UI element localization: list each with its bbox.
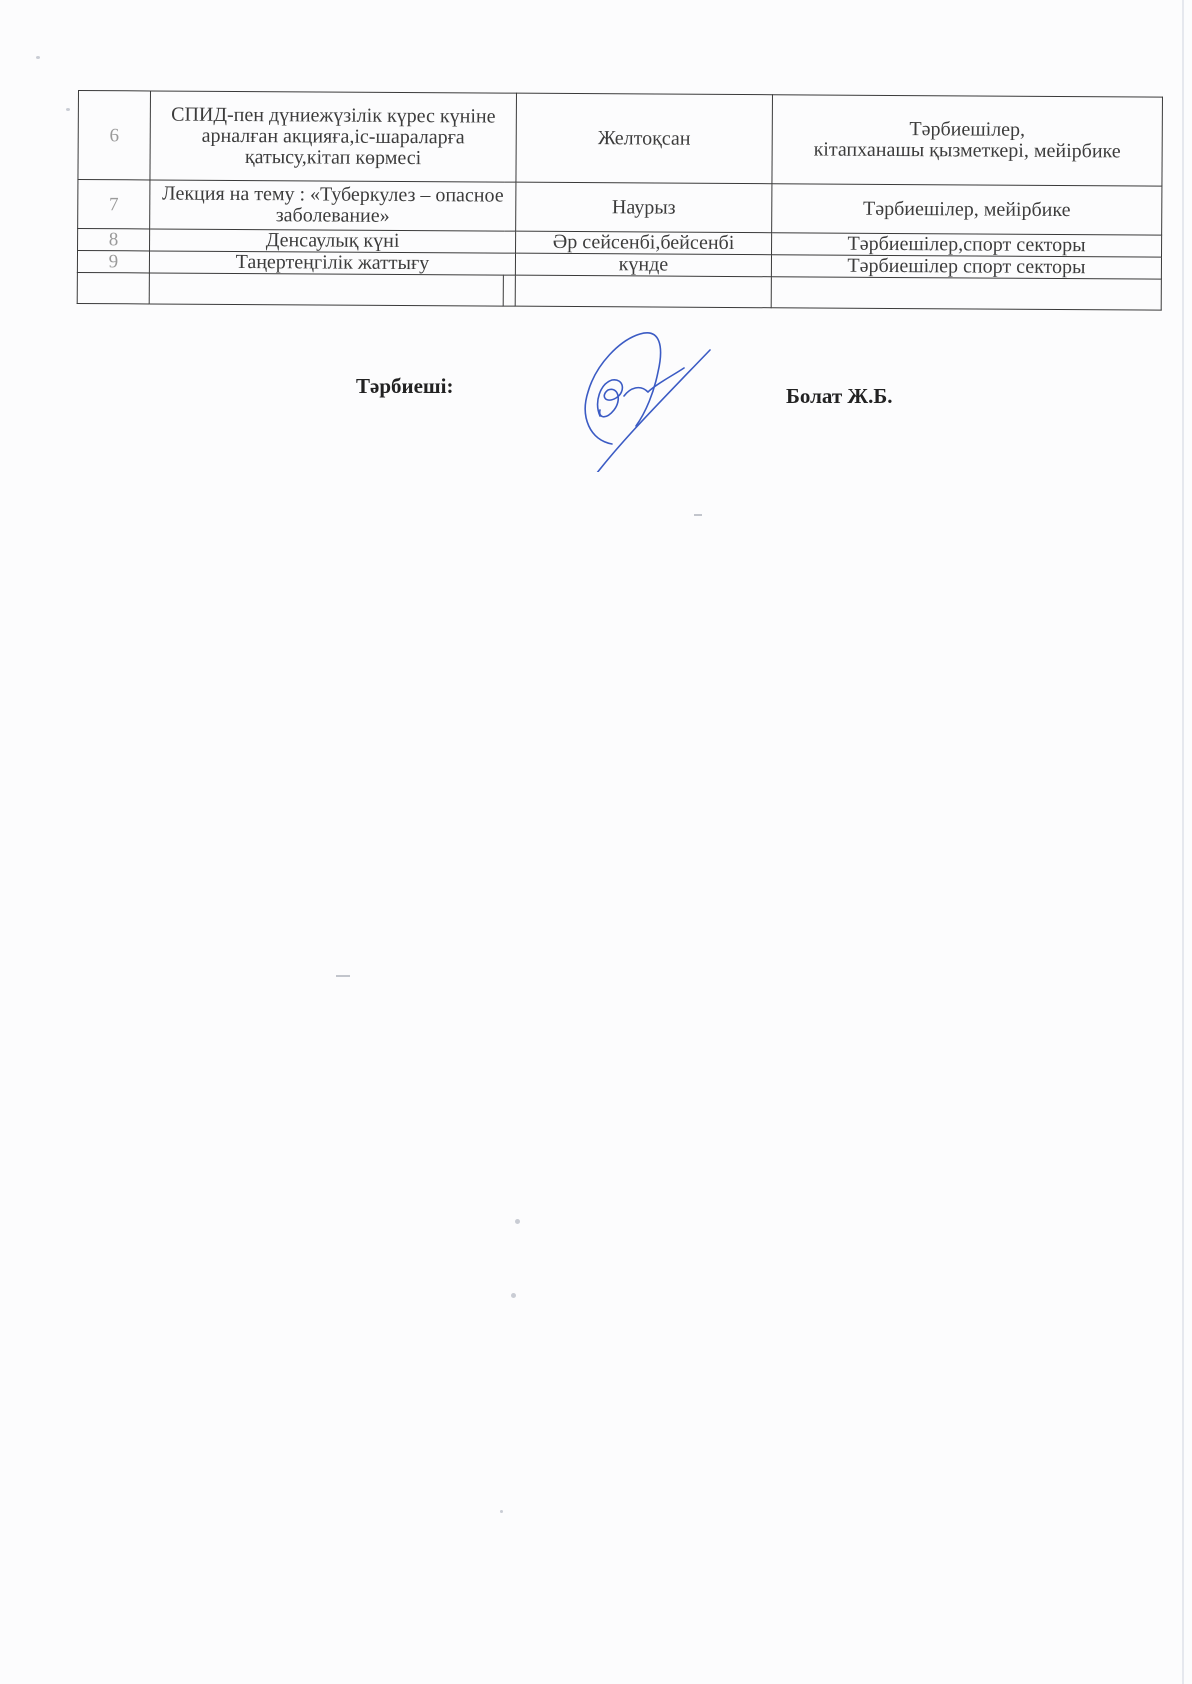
table-row: 6 СПИД-пен дүниежүзілік күрес күніне арн… (78, 91, 1163, 187)
signatory-name: Болат Ж.Б. (786, 384, 893, 409)
responsible-cell (771, 277, 1161, 310)
row-number: 9 (77, 251, 149, 273)
date-cell: күнде (515, 253, 771, 277)
scan-speck (36, 56, 40, 59)
responsible-cell: Тәрбиешілер, мейірбике (772, 184, 1162, 235)
plan-table: 6 СПИД-пен дүниежүзілік күрес күніне арн… (77, 90, 1163, 311)
row-number: 8 (78, 229, 150, 251)
scan-mark (694, 514, 702, 516)
date-cell: Әр сейсенбі,бейсенбі (516, 231, 772, 255)
page-edge (1182, 0, 1184, 1684)
table-row: 7 Лекция на тему : «Туберкулез – опасное… (78, 180, 1162, 236)
responsible-cell: Тәрбиешілер спорт секторы (771, 255, 1161, 279)
event-cell: СПИД-пен дүниежүзілік күрес күніне арнал… (150, 91, 517, 182)
scan-speck (511, 1293, 516, 1298)
event-cell: Денсаулық күні (150, 229, 516, 253)
event-cell: Таңертеңгілік жаттығу (149, 251, 515, 275)
row-number (77, 272, 149, 303)
date-cell (515, 275, 771, 308)
row-number: 6 (78, 91, 151, 180)
table-row (77, 272, 1161, 310)
responsible-cell: Тәрбиешілер, кітапханашы қызметкері, мей… (772, 95, 1163, 186)
scan-speck (66, 108, 70, 111)
event-cell: Лекция на тему : «Туберкулез – опасное з… (150, 180, 516, 231)
scan-speck (515, 1219, 520, 1224)
signature-label: Тәрбиеші: (356, 374, 453, 399)
scan-speck (500, 1510, 503, 1513)
responsible-cell: Тәрбиешілер,спорт секторы (772, 233, 1162, 257)
responsible-line: кітапханашы қызметкері, мейірбике (777, 139, 1158, 162)
scan-mark (336, 975, 350, 977)
event-cell (149, 273, 503, 306)
plan-table-container: 6 СПИД-пен дүниежүзілік күрес күніне арн… (77, 90, 1162, 311)
row-number: 7 (78, 180, 150, 229)
handwritten-signature-icon (560, 322, 730, 472)
date-cell: Желтоқсан (516, 93, 773, 184)
date-cell: Наурыз (516, 182, 772, 233)
spacer-cell (503, 275, 515, 306)
